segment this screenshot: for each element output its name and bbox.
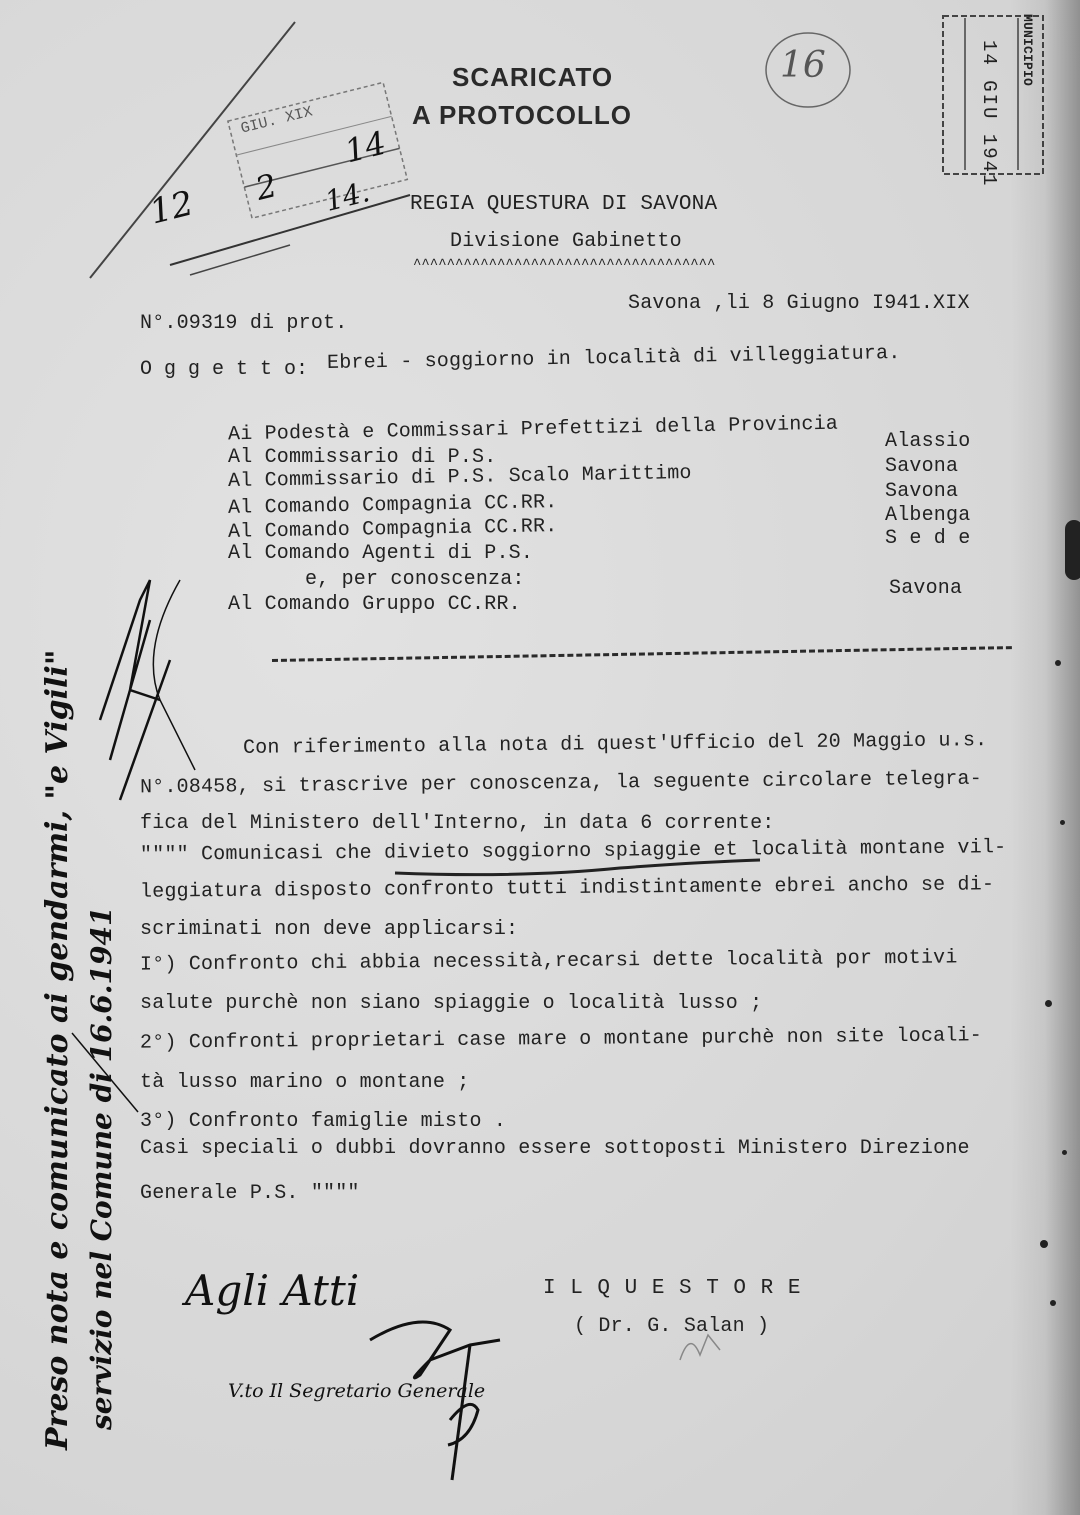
scan-speck xyxy=(1062,1150,1067,1155)
margin-note-line2: servizio nel Comune di 16.6.1941 xyxy=(85,907,118,1430)
page-number: 16 xyxy=(780,45,826,86)
signatory-title: I L Q U E S T O R E xyxy=(543,1277,801,1300)
municipal-stamp-date: 14 GIU 1941 xyxy=(978,40,1000,187)
scanned-document-page: SCARICATO A PROTOCOLLO GIU. XIX 12 2 14 … xyxy=(0,0,1080,1515)
recipient-place: Savona xyxy=(885,480,958,503)
handwritten-agli-atti: Agli Atti xyxy=(185,1266,359,1315)
recipient-place: S e d e xyxy=(885,527,970,550)
body-line: 3°) Confronto famiglie misto . xyxy=(140,1110,506,1133)
place-date: Savona ,li 8 Giugno I941.XIX xyxy=(628,292,970,315)
body-line: fica del Ministero dell'Interno, in data… xyxy=(140,812,775,835)
recipient-place: Albenga xyxy=(885,504,970,527)
subject-label: O g g e t t o: xyxy=(140,358,308,381)
scan-speck xyxy=(1055,660,1061,666)
cc-recipient-place: Savona xyxy=(889,577,962,600)
signatory-name: ( Dr. G. Salan ) xyxy=(574,1315,769,1338)
scan-speck xyxy=(1065,520,1080,580)
recipient-place: Alassio xyxy=(885,430,970,453)
scaricato-stamp-line2: A PROTOCOLLO xyxy=(412,100,632,131)
scan-speck xyxy=(1060,820,1065,825)
scan-edge-shadow xyxy=(1010,0,1080,1515)
body-line: salute purchè non siano spiaggie o local… xyxy=(140,992,762,1015)
body-line: Casi speciali o dubbi dovranno essere so… xyxy=(140,1137,970,1160)
cc-label: e, per conoscenza: xyxy=(305,568,525,591)
office-heading: REGIA QUESTURA DI SAVONA xyxy=(410,193,717,216)
margin-note-line1: Preso nota e comunicato ai gendarmi, "e … xyxy=(40,650,75,1450)
division-heading: Divisione Gabinetto xyxy=(450,230,682,253)
protocol-number: N°.09319 di prot. xyxy=(140,312,347,335)
scaricato-stamp-line1: SCARICATO xyxy=(452,62,613,93)
recipient-place: Savona xyxy=(885,455,958,478)
secretary-visa: V.to Il Segretario Generale xyxy=(228,1380,485,1402)
scan-speck xyxy=(1050,1300,1056,1306)
body-line: scriminati non deve applicarsi: xyxy=(140,918,518,941)
body-line: Generale P.S. """" xyxy=(140,1182,360,1205)
cc-recipient-name: Al Comando Gruppo CC.RR. xyxy=(228,593,521,616)
scan-speck xyxy=(1045,1000,1052,1007)
header-ornament: ^^^^^^^^^^^^^^^^^^^^^^^^^^^^^^^^^^^^ xyxy=(413,257,715,273)
body-line: tà lusso marino o montane ; xyxy=(140,1071,469,1094)
scan-speck xyxy=(1040,1240,1048,1248)
recipient-name: Al Comando Agenti di P.S. xyxy=(228,542,533,565)
